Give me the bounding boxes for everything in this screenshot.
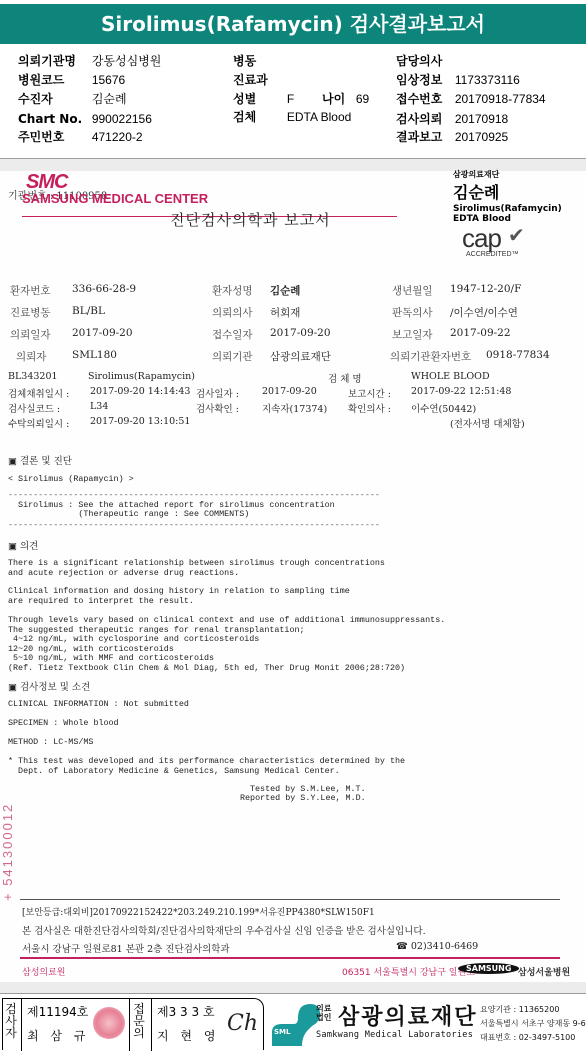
tester-number: 제11194호 [27, 1003, 88, 1020]
sml-prefix: 의료 법인 [316, 1004, 331, 1022]
result-line: (Therapeutic range : See COMMENTS) [8, 510, 249, 520]
tester-name: 최 삼 규 [27, 1027, 89, 1044]
development-note: * This test was developed and its perfor… [8, 757, 405, 776]
sml-name: 삼광의료재단 [338, 1000, 478, 1031]
info-sex: 성별 F [233, 90, 294, 108]
divider [129, 999, 130, 1051]
conclusion-heading: ▣ 결론 및 진단 [8, 453, 72, 467]
opinion-heading: ▣ 의견 [8, 538, 38, 552]
seal-stamp-icon [93, 1007, 125, 1039]
pink-divider [20, 957, 560, 959]
sml-phone: 대표번호 : 02-3497-5100 [480, 1032, 575, 1043]
info-receipt-no: 접수번호 20170918-77834 [396, 90, 546, 108]
opinion-paragraph: Clinical information and dosing history … [8, 587, 350, 606]
info-ward: 병동 [233, 52, 287, 70]
scanned-report: SMC 기관번호 : 11100958 SAMSUNG MEDICAL CENT… [0, 158, 586, 990]
barcode-number: + 541300012 [0, 803, 15, 901]
reviewer-name: 지 현 영 [157, 1027, 219, 1044]
reported-by: Reported by S.Y.Lee, M.D. [240, 794, 366, 804]
info-doctor: 담당의사 [396, 52, 455, 70]
info-age: 나이 69 [322, 90, 369, 108]
page-title: Sirolimus(Rafamycin) 검사결과보고서 [0, 4, 586, 44]
method: METHOD : LC-MS/MS [8, 738, 93, 748]
tester-label: 검사자 [4, 1003, 18, 1039]
footer-divider [20, 899, 560, 900]
clinical-info: CLINICAL INFORMATION : Not submitted [8, 700, 189, 710]
smc-name: SAMSUNG MEDICAL CENTER [22, 191, 208, 206]
cap-accredited-logo: cap ✔ ACCREDITED™ [462, 227, 542, 257]
reviewer-label: 접문의 [132, 1003, 146, 1039]
divider-line: ----------------------------------------… [8, 521, 380, 531]
conclusion-test: < Sirolimus (Rapamycin) > [8, 475, 134, 485]
info-department: 진료과 [233, 71, 287, 89]
info-request-date: 검사의뢰 20170918 [396, 110, 508, 128]
sml-address: 서울특별시 서초구 양재동 9-60 [480, 1018, 586, 1029]
report-title: 진단검사의학과 보고서 [170, 209, 331, 230]
info-resident-no: 주민번호 471220-2 [18, 128, 143, 146]
opinion-paragraph: There is a significant relationship betw… [8, 559, 385, 578]
sml-english-name: Samkwang Medical Laboratories [316, 1030, 473, 1040]
info-specimen: 검체 EDTA Blood [233, 108, 351, 126]
scan-bottom-strip [0, 982, 586, 994]
samsung-logo: SAMSUNG [458, 963, 519, 974]
divider [151, 999, 152, 1051]
signature: Ch [227, 1011, 258, 1036]
info-hospital-code: 병원코드 15676 [18, 71, 125, 89]
opinion-paragraph: Through levels vary based on clinical co… [8, 616, 445, 674]
info-institution: 의뢰기관명 강동성심병원 [18, 52, 161, 70]
info-clinical: 임상정보 1173373116 [396, 71, 520, 89]
test-info-heading: ▣ 검사정보 및 소견 [8, 679, 90, 693]
info-report-date: 결과보고 20170925 [396, 128, 508, 146]
reviewer-number: 제3 3 3 호 [157, 1003, 215, 1020]
info-patient: 수진자 김순례 [18, 90, 127, 108]
specimen-type: SPECIMEN : Whole blood [8, 719, 119, 729]
info-chart-no: Chart No. 990022156 [18, 110, 152, 128]
check-icon: ✔ [508, 223, 525, 247]
divider [21, 999, 22, 1051]
sample-label: 삼광의료재단 김순례 Sirolimus(Rafamycin) EDTA Blo… [453, 169, 562, 224]
sml-agency-code: 요양기관 : 11365200 [480, 1004, 559, 1015]
signature-box: 검사자 제11194호 최 삼 규 접문의 제3 3 3 호 지 현 영 Ch [2, 998, 264, 1050]
